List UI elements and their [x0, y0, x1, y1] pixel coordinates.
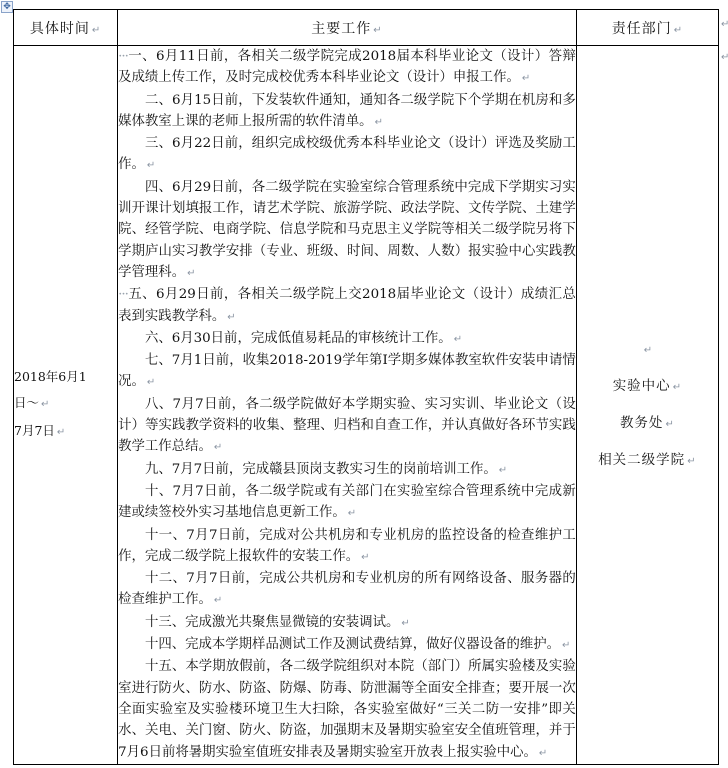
paragraph-mark-icon: ↵	[674, 25, 683, 36]
time-line: 2018年6月1	[14, 364, 117, 390]
work-item: 八、7月7日前，各二级学院做好本学期实验、实习实训、毕业论文（设计）等实践教学资…	[118, 394, 576, 459]
work-item: 三、6月22日前，组织完成校级优秀本科毕业论文（设计）评选及奖励工作。↵	[118, 133, 576, 177]
work-item: 九、7月7日前，完成赣县顶岗支教实习生的岗前培训工作。↵	[118, 459, 576, 481]
work-item-text: 一、6月11日前，各相关二级学院完成2018届本科毕业论文（设计）答辩及成绩上传…	[118, 49, 576, 85]
leader-dots: ···	[118, 287, 128, 302]
work-item-text: 十、7月7日前，各二级学院或有关部门在实验室综合管理系统中完成新建或续签校外实习…	[118, 484, 576, 520]
work-item-text: 十四、完成本学期样品测试工作及测试费结算，做好仪器设备的维护。	[145, 637, 560, 652]
work-item: ···一、6月11日前，各相关二级学院完成2018届本科毕业论文（设计）答辩及成…	[118, 46, 576, 90]
header-work: 主要工作↵	[118, 10, 577, 46]
paragraph-mark-icon: ↵	[57, 427, 65, 438]
work-item-text: 十二、7月7日前，完成公共机房和专业机房的所有网络设备、服务器的检查维护工作。	[118, 571, 576, 607]
work-item-text: 四、6月29日前，各二级学院在实验室综合管理系统中完成下学期实习实训开课计划填报…	[118, 180, 576, 280]
paragraph-mark-icon: ↵	[375, 117, 383, 128]
work-item: 十一、7月7日前，完成对公共机房和专业机房的监控设备的检查维护工作，完成二级学院…	[118, 525, 576, 569]
header-dept: 责任部门↵	[576, 10, 718, 46]
paragraph-mark-icon: ↵	[147, 377, 155, 388]
paragraph-mark-icon: ↵	[373, 25, 382, 36]
work-item-text: 九、7月7日前，完成赣县顶岗支教实习生的岗前培训工作。	[145, 462, 497, 477]
work-item: 十三、完成激光共聚焦显微镜的安装调试。↵	[118, 612, 576, 634]
work-item-text: 五、6月29日前，各相关二级学院上交2018届毕业论文（设计）成绩汇总表到实践教…	[118, 287, 576, 323]
paragraph-mark-icon: ↵	[214, 595, 222, 606]
work-item-text: 八、7月7日前，各二级学院做好本学期实验、实习实训、毕业论文（设计）等实践教学资…	[118, 397, 576, 455]
paragraph-mark-icon: ↵	[214, 442, 222, 453]
work-item: 四、6月29日前，各二级学院在实验室综合管理系统中完成下学期实习实训开课计划填报…	[118, 177, 576, 284]
work-item: 十二、7月7日前，完成公共机房和专业机房的所有网络设备、服务器的检查维护工作。↵	[118, 568, 576, 612]
paragraph-mark-icon: ↵	[665, 419, 674, 430]
paragraph-mark-icon: ↵	[499, 465, 507, 476]
work-item: 十、7月7日前，各二级学院或有关部门在实验室综合管理系统中完成新建或续签校外实习…	[118, 481, 576, 525]
paragraph-mark-icon: ↵	[361, 552, 369, 563]
work-item: 六、6月30日前，完成低值易耗品的审核统计工作。↵	[118, 328, 576, 350]
table-header-row: 具体时间↵ 主要工作↵ 责任部门↵	[14, 10, 719, 46]
work-item: 七、7月1日前，收集2018-2019学年第I学期多媒体教室软件安装申请情况。↵	[118, 350, 576, 394]
time-line: 日～↵	[14, 390, 117, 418]
paragraph-mark-icon: ↵	[673, 382, 682, 393]
paragraph-mark-icon: ↵	[348, 508, 356, 519]
dept-line: 实验中心↵	[577, 368, 718, 405]
leader-dots: ···	[118, 49, 128, 64]
paragraph-mark-icon: ↵	[227, 312, 235, 323]
work-item-text: 十三、完成激光共聚焦显微镜的安装调试。	[145, 615, 399, 630]
end-of-row-mark-icon: ↵	[721, 19, 728, 30]
table-row: 2018年6月1 日～↵ 7月7日↵ ···一、6月11日前，各相关二级学院完成…	[14, 46, 719, 765]
table-move-handle-icon[interactable]: ✥	[1, 1, 13, 13]
dept-line: 教务处↵	[577, 405, 718, 442]
work-item-text: 七、7月1日前，收集2018-2019学年第I学期多媒体教室软件安装申请情况。	[118, 353, 576, 389]
work-item: 十四、完成本学期样品测试工作及测试费结算，做好仪器设备的维护。↵	[118, 634, 576, 656]
paragraph-mark-icon: ↵	[687, 456, 696, 467]
work-item: ···五、6月29日前，各相关二级学院上交2018届毕业论文（设计）成绩汇总表到…	[118, 284, 576, 328]
work-item-text: 十五、本学期放假前，各二级学院组织对本院（部门）所属实验楼及实验室进行防火、防水…	[118, 659, 576, 759]
paragraph-mark-icon: ↵	[401, 618, 409, 629]
work-item-text: 六、6月30日前，完成低值易耗品的审核统计工作。	[145, 331, 452, 346]
end-of-row-mark-icon: ↵	[721, 52, 728, 63]
paragraph-mark-icon: ↵	[187, 268, 195, 279]
paragraph-mark-icon: ↵	[562, 640, 570, 651]
paragraph-mark-icon: ↵	[92, 25, 101, 36]
work-item-text: 三、6月22日前，组织完成校级优秀本科毕业论文（设计）评选及奖励工作。	[118, 136, 576, 172]
header-time: 具体时间↵	[14, 10, 118, 46]
work-plan-table: 具体时间↵ 主要工作↵ 责任部门↵ 2018年6月1 日～↵ 7月7日↵ ···…	[13, 9, 719, 765]
work-item-text: 二、6月15日前，下发装软件通知，通知各二级学院下个学期在机房和多媒体教室上课的…	[118, 93, 576, 129]
work-item: 十五、本学期放假前，各二级学院组织对本院（部门）所属实验楼及实验室进行防火、防水…	[118, 656, 576, 763]
header-work-label: 主要工作	[311, 21, 371, 37]
dept-line: 相关二级学院↵	[577, 442, 718, 479]
paragraph-mark-icon: ↵	[147, 160, 155, 171]
time-line: 7月7日↵	[14, 418, 117, 446]
work-item-text: 十一、7月7日前，完成对公共机房和专业机房的监控设备的检查维护工作，完成二级学院…	[118, 528, 576, 564]
work-item: 二、6月15日前，下发装软件通知，通知各二级学院下个学期在机房和多媒体教室上课的…	[118, 90, 576, 134]
header-time-label: 具体时间	[30, 21, 90, 37]
paragraph-mark-icon: ↵	[644, 345, 653, 356]
dept-cell[interactable]: ↵ 实验中心↵ 教务处↵ 相关二级学院↵	[576, 46, 718, 765]
header-dept-label: 责任部门	[612, 21, 672, 37]
time-cell[interactable]: 2018年6月1 日～↵ 7月7日↵	[14, 46, 118, 765]
paragraph-mark-icon: ↵	[522, 73, 530, 84]
paragraph-mark-icon: ↵	[454, 334, 462, 345]
work-cell[interactable]: ···一、6月11日前，各相关二级学院完成2018届本科毕业论文（设计）答辩及成…	[118, 46, 577, 765]
paragraph-mark-icon: ↵	[41, 399, 49, 410]
paragraph-mark-icon: ↵	[539, 748, 547, 759]
empty-paragraph: ↵	[577, 331, 718, 368]
